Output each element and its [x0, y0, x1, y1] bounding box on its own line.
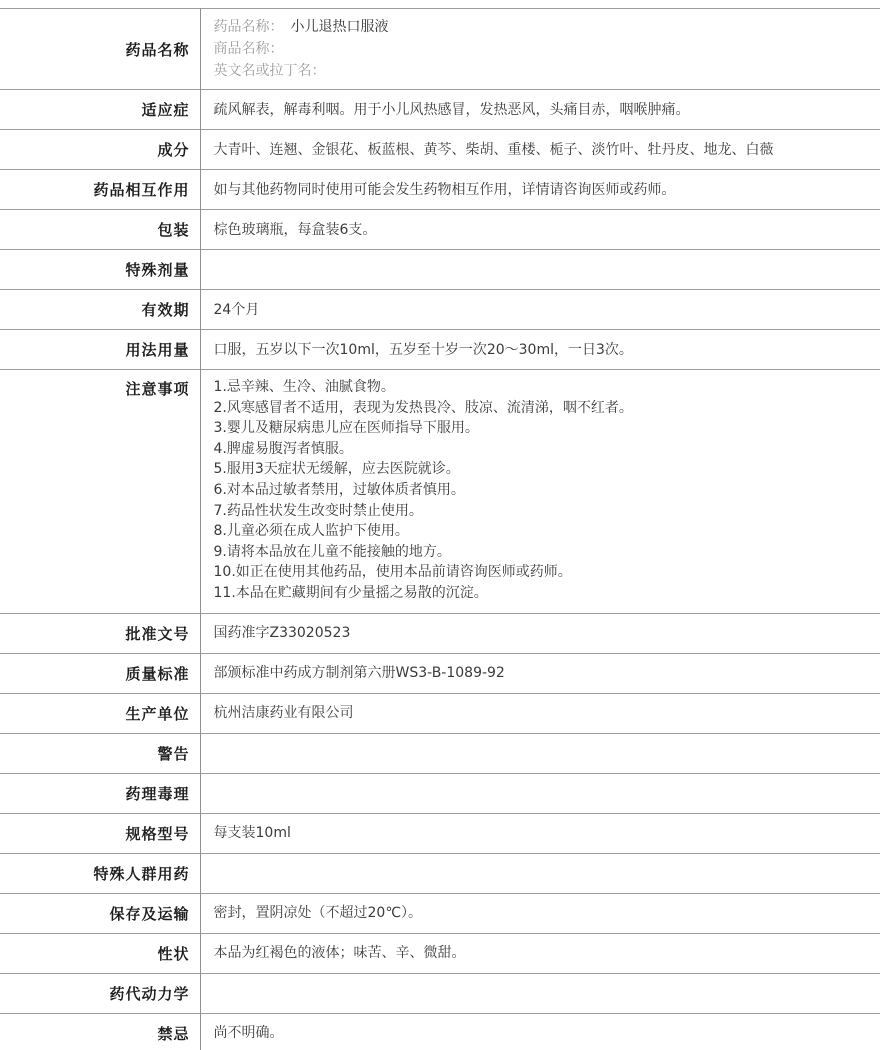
row-label: 药品名称	[0, 9, 200, 90]
row-label: 用法用量	[0, 330, 200, 370]
field-key: 药品名称：	[214, 19, 284, 35]
row-label: 适应症	[0, 90, 200, 130]
table-row: 成分大青叶、连翘、金银花、板蓝根、黄芩、柴胡、重楼、栀子、淡竹叶、牡丹皮、地龙、…	[0, 130, 880, 170]
row-label: 包装	[0, 210, 200, 250]
row-value: 大青叶、连翘、金银花、板蓝根、黄芩、柴胡、重楼、栀子、淡竹叶、牡丹皮、地龙、白薇	[200, 130, 880, 170]
row-value: 杭州洁康药业有限公司	[200, 693, 880, 733]
row-label: 禁忌	[0, 1013, 200, 1050]
row-value: 部颁标准中药成方制剂第六册WS3-B-1089-92	[200, 653, 880, 693]
name-field-line: 药品名称：小儿退热口服液	[214, 16, 873, 38]
row-label: 质量标准	[0, 653, 200, 693]
row-value: 1.忌辛辣、生冷、油腻食物。 2.风寒感冒者不适用，表现为发热畏冷、肢凉、流清涕…	[200, 370, 880, 614]
row-label: 药理毒理	[0, 773, 200, 813]
name-field-line: 商品名称：	[214, 38, 873, 60]
table-row: 特殊剂量	[0, 250, 880, 290]
table-row: 质量标准部颁标准中药成方制剂第六册WS3-B-1089-92	[0, 653, 880, 693]
row-label: 保存及运输	[0, 893, 200, 933]
row-label: 药代动力学	[0, 973, 200, 1013]
table-row: 药品相互作用如与其他药物同时使用可能会发生药物相互作用，详情请咨询医师或药师。	[0, 170, 880, 210]
table-row: 药理毒理	[0, 773, 880, 813]
field-value: 小儿退热口服液	[291, 19, 389, 35]
table-row: 批准文号国药准字Z33020523	[0, 613, 880, 653]
row-label: 药品相互作用	[0, 170, 200, 210]
table-row: 用法用量口服，五岁以下一次10ml，五岁至十岁一次20～30ml，一日3次。	[0, 330, 880, 370]
field-key: 商品名称：	[214, 41, 284, 57]
row-value	[200, 853, 880, 893]
row-label: 批准文号	[0, 613, 200, 653]
table-row: 适应症疏风解表，解毒利咽。用于小儿风热感冒，发热恶风，头痛目赤，咽喉肿痛。	[0, 90, 880, 130]
table-row: 生产单位杭州洁康药业有限公司	[0, 693, 880, 733]
row-value: 24个月	[200, 290, 880, 330]
table-row: 性状本品为红褐色的液体；味苦、辛、微甜。	[0, 933, 880, 973]
table-row: 特殊人群用药	[0, 853, 880, 893]
row-label: 有效期	[0, 290, 200, 330]
row-value: 口服，五岁以下一次10ml，五岁至十岁一次20～30ml，一日3次。	[200, 330, 880, 370]
table-row: 药代动力学	[0, 973, 880, 1013]
row-value	[200, 973, 880, 1013]
row-value: 每支装10ml	[200, 813, 880, 853]
row-label: 警告	[0, 733, 200, 773]
row-value	[200, 250, 880, 290]
table-row: 规格型号每支装10ml	[0, 813, 880, 853]
row-label: 特殊剂量	[0, 250, 200, 290]
table-row: 有效期24个月	[0, 290, 880, 330]
drug-info-table: 药品名称药品名称：小儿退热口服液商品名称：英文名或拉丁名：适应症疏风解表，解毒利…	[0, 8, 880, 1050]
table-row: 药品名称药品名称：小儿退热口服液商品名称：英文名或拉丁名：	[0, 9, 880, 90]
table-row: 包装棕色玻璃瓶，每盒装6支。	[0, 210, 880, 250]
row-label: 性状	[0, 933, 200, 973]
row-label: 生产单位	[0, 693, 200, 733]
row-value: 尚不明确。	[200, 1013, 880, 1050]
row-value: 疏风解表，解毒利咽。用于小儿风热感冒，发热恶风，头痛目赤，咽喉肿痛。	[200, 90, 880, 130]
name-field-line: 英文名或拉丁名：	[214, 60, 873, 82]
row-value: 本品为红褐色的液体；味苦、辛、微甜。	[200, 933, 880, 973]
row-value: 药品名称：小儿退热口服液商品名称：英文名或拉丁名：	[200, 9, 880, 90]
row-label: 规格型号	[0, 813, 200, 853]
table-row: 警告	[0, 733, 880, 773]
row-label: 注意事项	[0, 370, 200, 614]
table-row: 注意事项1.忌辛辣、生冷、油腻食物。 2.风寒感冒者不适用，表现为发热畏冷、肢凉…	[0, 370, 880, 614]
row-value: 如与其他药物同时使用可能会发生药物相互作用，详情请咨询医师或药师。	[200, 170, 880, 210]
row-value: 密封，置阴凉处（不超过20℃）。	[200, 893, 880, 933]
row-value	[200, 773, 880, 813]
row-label: 成分	[0, 130, 200, 170]
row-value: 国药准字Z33020523	[200, 613, 880, 653]
table-row: 保存及运输密封，置阴凉处（不超过20℃）。	[0, 893, 880, 933]
table-row: 禁忌尚不明确。	[0, 1013, 880, 1050]
drug-table-body: 药品名称药品名称：小儿退热口服液商品名称：英文名或拉丁名：适应症疏风解表，解毒利…	[0, 9, 880, 1050]
drug-detail-page: 药品名称药品名称：小儿退热口服液商品名称：英文名或拉丁名：适应症疏风解表，解毒利…	[0, 0, 880, 1050]
field-key: 英文名或拉丁名：	[214, 63, 326, 79]
row-label: 特殊人群用药	[0, 853, 200, 893]
row-value	[200, 733, 880, 773]
row-value: 棕色玻璃瓶，每盒装6支。	[200, 210, 880, 250]
